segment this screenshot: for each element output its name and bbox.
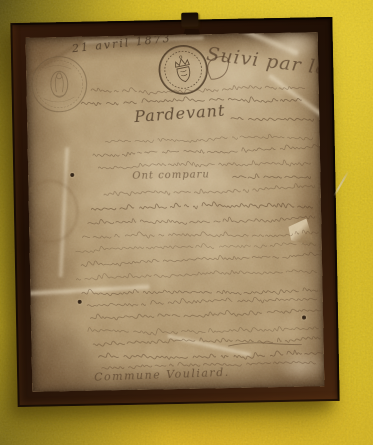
ink-stamp-icon bbox=[155, 42, 211, 98]
flourish-swash bbox=[208, 56, 229, 79]
handwriting-svg bbox=[26, 32, 325, 392]
picture-frame: 21 avril 1873 Suivi par la Pardevant Ont… bbox=[10, 17, 339, 407]
embossed-seal-icon bbox=[31, 56, 87, 112]
document-paper: 21 avril 1873 Suivi par la Pardevant Ont… bbox=[26, 32, 325, 392]
photo-scene: 21 avril 1873 Suivi par la Pardevant Ont… bbox=[0, 0, 373, 445]
hanger-clip-icon bbox=[181, 13, 198, 27]
handwriting-lines bbox=[71, 82, 324, 371]
